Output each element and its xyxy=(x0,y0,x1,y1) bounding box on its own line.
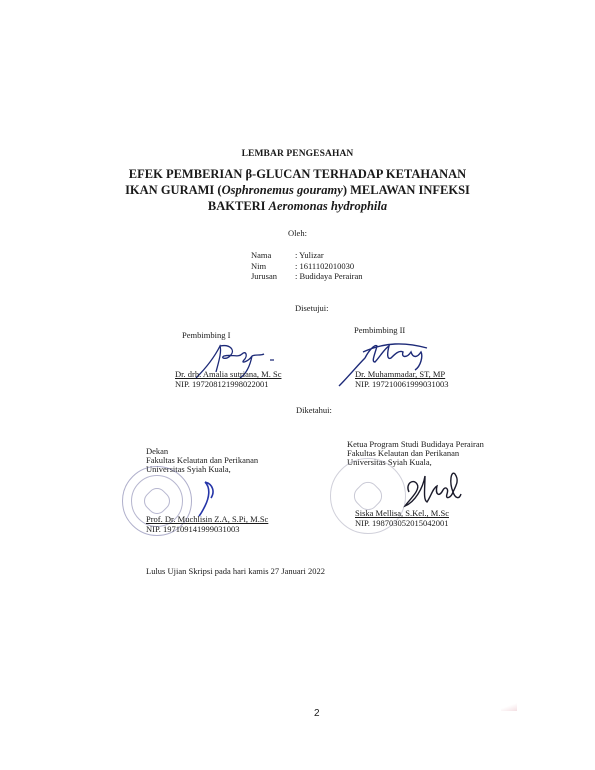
title-line-2a: IKAN GURAMI ( xyxy=(125,183,222,197)
student-label: Nim xyxy=(251,261,295,272)
student-label: Nama xyxy=(251,250,295,261)
title-line-3: BAKTERI Aeromonas hydrophila xyxy=(0,198,595,214)
pembimbing-2-name: Dr. Muhammadar, ST, MP xyxy=(355,369,445,379)
student-value: : Yulizar xyxy=(295,250,324,261)
student-value: : 1611102010030 xyxy=(295,261,354,272)
title-line-3a: BAKTERI xyxy=(208,199,269,213)
species-name: Osphronemus gouramy xyxy=(222,183,343,197)
page-number: 2 xyxy=(314,708,320,719)
pembimbing-2-role: Pembimbing II xyxy=(354,325,405,335)
pembimbing-1-name: Dr. drh. Amalia sutriana, M. Sc xyxy=(175,369,281,379)
bacteria-name: Aeromonas hydrophila xyxy=(269,199,387,213)
dekan-name: Prof. Dr. Muchlisin Z.A, S.Pi, M.Sc xyxy=(146,514,268,524)
oleh-label: Oleh: xyxy=(0,228,595,238)
title-line-2b: ) MELAWAN INFEKSI xyxy=(343,183,470,197)
kaprodi-name: Siska Mellisa, S.Kel., M.Sc xyxy=(355,508,449,518)
title-line-2: IKAN GURAMI (Osphronemus gouramy) MELAWA… xyxy=(0,182,595,198)
student-label: Jurusan xyxy=(251,271,295,282)
page-heading: LEMBAR PENGESAHAN xyxy=(0,149,595,159)
pembimbing-1-role: Pembimbing I xyxy=(182,330,230,340)
pembimbing-2-nip: NIP. 197210061999031003 xyxy=(355,379,449,389)
title-line-1: EFEK PEMBERIAN β-GLUCAN TERHADAP KETAHAN… xyxy=(0,166,595,182)
dekan-nip: NIP. 197109141999031003 xyxy=(146,524,240,534)
student-info: Nama: Yulizar Nim: 1611102010030 Jurusan… xyxy=(251,250,363,282)
student-value: : Budidaya Perairan xyxy=(295,271,363,282)
signature-dekan-icon xyxy=(185,478,225,518)
disetujui-label: Disetujui: xyxy=(295,303,329,313)
student-row-jurusan: Jurusan: Budidaya Perairan xyxy=(251,271,363,282)
signature-kaprodi-icon xyxy=(395,462,465,512)
pembimbing-1-nip: NIP. 197208121998022001 xyxy=(175,379,269,389)
page-corner-mark xyxy=(501,703,517,711)
student-row-name: Nama: Yulizar xyxy=(251,250,363,261)
diketahui-label: Diketahui: xyxy=(296,405,332,415)
kaprodi-nip: NIP. 198703052015042001 xyxy=(355,518,449,528)
graduation-date-text: Lulus Ujian Skripsi pada hari kamis 27 J… xyxy=(146,566,325,576)
student-row-nim: Nim: 1611102010030 xyxy=(251,261,363,272)
